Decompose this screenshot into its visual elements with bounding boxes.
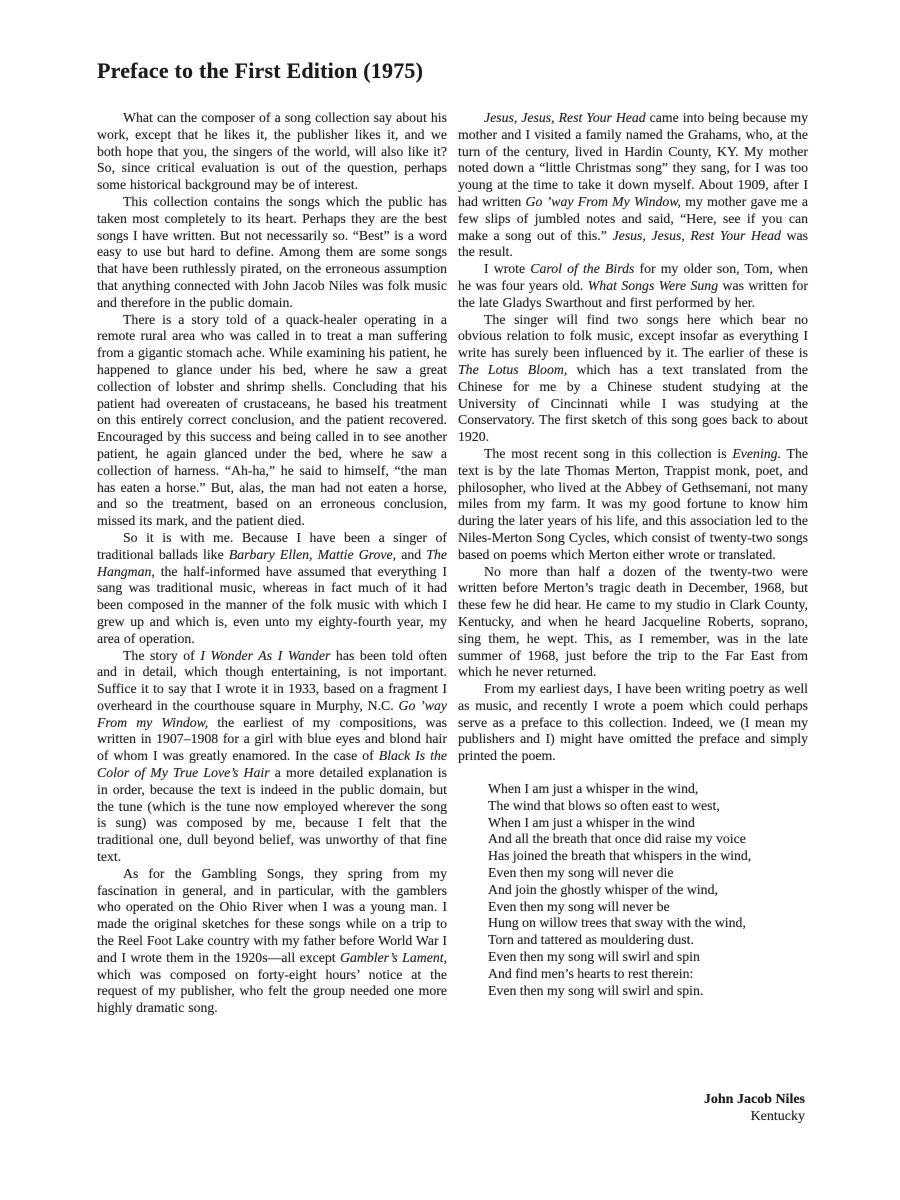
song-title-text: What Songs Were Sung (588, 278, 718, 293)
paragraph: There is a story told of a quack-healer … (97, 312, 447, 530)
paragraph: No more than half a dozen of the twenty-… (458, 564, 808, 682)
poem-line: And all the breath that once did raise m… (488, 831, 808, 848)
poem-line: Even then my song will never die (488, 865, 808, 882)
body-text: which was composed on forty-eight hours’… (97, 967, 447, 1016)
body-text: I wrote (484, 261, 530, 276)
poem-line: Even then my song will never be (488, 899, 808, 916)
poem-line: Hung on willow trees that sway with the … (488, 915, 808, 932)
poem-line: And join the ghostly whisper of the wind… (488, 882, 808, 899)
signature-name: John Jacob Niles (704, 1092, 805, 1109)
paragraph: As for the Gambling Songs, they spring f… (97, 866, 447, 1017)
paragraph: What can the composer of a song collecti… (97, 110, 447, 194)
song-title-text: Carol of the Birds (530, 261, 634, 276)
paragraph: From my earliest days, I have been writi… (458, 681, 808, 765)
body-text: and (396, 547, 426, 562)
body-text: The text is by the late Thomas Merton, T… (458, 446, 808, 562)
document-page: Preface to the First Edition (1975) What… (0, 0, 900, 1200)
song-title-text: Gambler’s Lament, (340, 950, 447, 965)
page-title: Preface to the First Edition (1975) (97, 58, 423, 84)
poem-line: When I am just a whisper in the wind, (488, 781, 808, 798)
paragraph: The singer will find two songs here whic… (458, 312, 808, 446)
poem-line: And find men’s hearts to rest therein: (488, 966, 808, 983)
poem-line: Has joined the breath that whispers in t… (488, 848, 808, 865)
paragraph: Jesus, Jesus, Rest Your Head came into b… (458, 110, 808, 261)
poem-line: Even then my song will swirl and spin (488, 949, 808, 966)
song-title-text: The Lotus Bloom, (458, 362, 567, 377)
signature: John Jacob Niles Kentucky (704, 1092, 805, 1126)
body-text: No more than half a dozen of the twenty-… (458, 564, 808, 680)
body-text: The singer will find two songs here whic… (458, 312, 808, 361)
paragraph: So it is with me. Because I have been a … (97, 530, 447, 648)
body-text: From my earliest days, I have been writi… (458, 681, 808, 763)
text-columns: What can the composer of a song collecti… (97, 110, 808, 1017)
body-text: The story of (123, 648, 200, 663)
paragraph: I wrote Carol of the Birds for my older … (458, 261, 808, 311)
poem-line: Even then my song will swirl and spin. (488, 983, 808, 1000)
paragraph: This collection contains the songs which… (97, 194, 447, 312)
body-text: What can the composer of a song collecti… (97, 110, 447, 192)
body-text: This collection contains the songs which… (97, 194, 447, 310)
signature-place: Kentucky (704, 1109, 805, 1126)
song-title-text: Evening. (732, 446, 781, 461)
column-right: Jesus, Jesus, Rest Your Head came into b… (458, 110, 808, 1017)
poem-line: The wind that blows so often east to wes… (488, 798, 808, 815)
poem-line: When I am just a whisper in the wind (488, 815, 808, 832)
column-left: What can the composer of a song collecti… (97, 110, 447, 1017)
song-title-text: I Wonder As I Wander (200, 648, 330, 663)
paragraph: The most recent song in this collection … (458, 446, 808, 564)
song-title-text: Jesus, Jesus, Rest Your Head (484, 110, 646, 125)
poem: When I am just a whisper in the wind,The… (488, 781, 808, 999)
song-title-text: Barbary Ellen, Mattie Grove, (229, 547, 396, 562)
poem-line: Torn and tattered as mouldering dust. (488, 932, 808, 949)
song-title-text: Go ’way From My Window, (526, 194, 681, 209)
song-title-text: Jesus, Jesus, Rest Your Head (613, 228, 781, 243)
paragraph: The story of I Wonder As I Wander has be… (97, 648, 447, 866)
body-text: The most recent song in this collection … (484, 446, 732, 461)
body-text: There is a story told of a quack-healer … (97, 312, 447, 529)
